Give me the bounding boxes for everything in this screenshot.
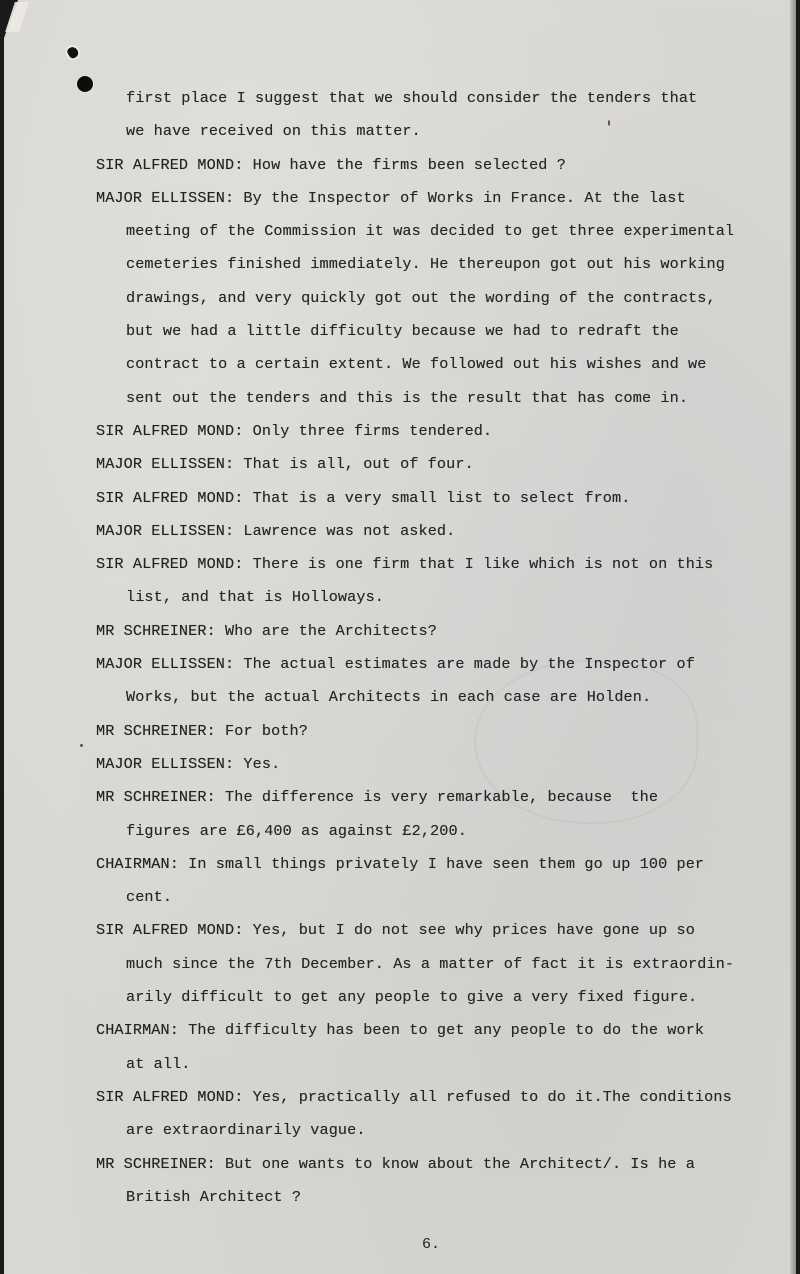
transcript-line: MR SCHREINER: The difference is very rem… (96, 785, 786, 818)
transcript-line: contract to a certain extent. We followe… (96, 352, 786, 385)
line-text: Yes, practically all refused to do it.Th… (243, 1088, 731, 1106)
line-text: first place I suggest that we should con… (126, 89, 697, 107)
transcript-line: SIR ALFRED MOND: Only three firms tender… (96, 419, 786, 452)
transcript-line: MAJOR ELLISSEN: That is all, out of four… (96, 452, 786, 485)
transcript-line: arily difficult to get any people to giv… (96, 985, 786, 1018)
line-text: Lawrence was not asked. (234, 522, 455, 540)
transcript-line: MAJOR ELLISSEN: By the Inspector of Work… (96, 186, 786, 219)
transcript-line: drawings, and very quickly got out the w… (96, 286, 786, 319)
speaker-name: SIR ALFRED MOND: (96, 489, 243, 507)
line-text: The difference is very remarkable, becau… (216, 788, 658, 806)
speaker-name: MAJOR ELLISSEN: (96, 522, 234, 540)
speaker-name: MAJOR ELLISSEN: (96, 655, 234, 673)
line-text: How have the firms been selected ? (243, 156, 566, 174)
transcript-body: first place I suggest that we should con… (96, 86, 786, 1218)
line-text: much since the 7th December. As a matter… (126, 955, 734, 973)
transcript-line: cemeteries finished immediately. He ther… (96, 252, 786, 285)
line-text: drawings, and very quickly got out the w… (126, 289, 716, 307)
transcript-line: British Architect ? (96, 1185, 786, 1218)
transcript-line: CHAIRMAN: In small things privately I ha… (96, 852, 786, 885)
line-text: meeting of the Commission it was decided… (126, 222, 734, 240)
ink-speck (80, 744, 83, 747)
transcript-line: SIR ALFRED MOND: That is a very small li… (96, 486, 786, 519)
line-text: Who are the Architects? (216, 622, 437, 640)
document-page: first place I suggest that we should con… (4, 0, 796, 1274)
transcript-line: MAJOR ELLISSEN: Lawrence was not asked. (96, 519, 786, 552)
line-text: cemeteries finished immediately. He ther… (126, 255, 725, 273)
transcript-line: MR SCHREINER: But one wants to know abou… (96, 1152, 786, 1185)
line-text: By the Inspector of Works in France. At … (234, 189, 686, 207)
transcript-line: SIR ALFRED MOND: How have the firms been… (96, 153, 786, 186)
punch-hole (77, 76, 93, 92)
line-text: Yes. (234, 755, 280, 773)
transcript-line: SIR ALFRED MOND: Yes, but I do not see w… (96, 918, 786, 951)
speaker-name: SIR ALFRED MOND: (96, 555, 243, 573)
transcript-line: Works, but the actual Architects in each… (96, 685, 786, 718)
speaker-name: MAJOR ELLISSEN: (96, 755, 234, 773)
speaker-name: MR SCHREINER: (96, 622, 216, 640)
line-text: cent. (126, 888, 172, 906)
line-text: British Architect ? (126, 1188, 301, 1206)
torn-punch-hole (66, 45, 80, 60)
page-number: 6. (422, 1236, 440, 1253)
line-text: That is a very small list to select from… (243, 489, 630, 507)
transcript-line: we have received on this matter. (96, 119, 786, 152)
transcript-line: CHAIRMAN: The difficulty has been to get… (96, 1018, 786, 1051)
line-text: Yes, but I do not see why prices have go… (243, 921, 695, 939)
line-text: at all. (126, 1055, 191, 1073)
line-text: we have received on this matter. (126, 122, 421, 140)
line-text: The difficulty has been to get any peopl… (179, 1021, 704, 1039)
transcript-line: first place I suggest that we should con… (96, 86, 786, 119)
line-text: For both? (216, 722, 308, 740)
speaker-name: MR SCHREINER: (96, 1155, 216, 1173)
line-text: figures are £6,400 as against £2,200. (126, 822, 467, 840)
speaker-name: SIR ALFRED MOND: (96, 156, 243, 174)
line-text: Only three firms tendered. (243, 422, 492, 440)
line-text: arily difficult to get any people to giv… (126, 988, 697, 1006)
transcript-line: at all. (96, 1052, 786, 1085)
line-text: That is all, out of four. (234, 455, 474, 473)
line-text: There is one firm that I like which is n… (243, 555, 713, 573)
line-text: In small things privately I have seen th… (179, 855, 704, 873)
line-text: contract to a certain extent. We followe… (126, 355, 706, 373)
line-text: Works, but the actual Architects in each… (126, 688, 651, 706)
speaker-name: MR SCHREINER: (96, 788, 216, 806)
line-text: sent out the tenders and this is the res… (126, 389, 688, 407)
line-text: but we had a little difficulty because w… (126, 322, 679, 340)
line-text: The actual estimates are made by the Ins… (234, 655, 695, 673)
transcript-line: SIR ALFRED MOND: There is one firm that … (96, 552, 786, 585)
transcript-line: list, and that is Holloways. (96, 585, 786, 618)
transcript-line: are extraordinarily vague. (96, 1118, 786, 1151)
transcript-line: MAJOR ELLISSEN: Yes. (96, 752, 786, 785)
line-text: list, and that is Holloways. (126, 588, 384, 606)
transcript-line: sent out the tenders and this is the res… (96, 386, 786, 419)
speaker-name: MR SCHREINER: (96, 722, 216, 740)
speaker-name: SIR ALFRED MOND: (96, 921, 243, 939)
transcript-line: meeting of the Commission it was decided… (96, 219, 786, 252)
speaker-name: MAJOR ELLISSEN: (96, 189, 234, 207)
speaker-name: MAJOR ELLISSEN: (96, 455, 234, 473)
transcript-line: MR SCHREINER: For both? (96, 719, 786, 752)
speaker-name: SIR ALFRED MOND: (96, 1088, 243, 1106)
line-text: are extraordinarily vague. (126, 1121, 366, 1139)
page-edge (790, 0, 796, 1274)
transcript-line: cent. (96, 885, 786, 918)
transcript-line: SIR ALFRED MOND: Yes, practically all re… (96, 1085, 786, 1118)
speaker-name: CHAIRMAN: (96, 855, 179, 873)
transcript-line: MAJOR ELLISSEN: The actual estimates are… (96, 652, 786, 685)
transcript-line: but we had a little difficulty because w… (96, 319, 786, 352)
transcript-line: MR SCHREINER: Who are the Architects? (96, 619, 786, 652)
speaker-name: SIR ALFRED MOND: (96, 422, 243, 440)
speaker-name: CHAIRMAN: (96, 1021, 179, 1039)
line-text: But one wants to know about the Architec… (216, 1155, 695, 1173)
transcript-line: figures are £6,400 as against £2,200. (96, 819, 786, 852)
transcript-line: much since the 7th December. As a matter… (96, 952, 786, 985)
